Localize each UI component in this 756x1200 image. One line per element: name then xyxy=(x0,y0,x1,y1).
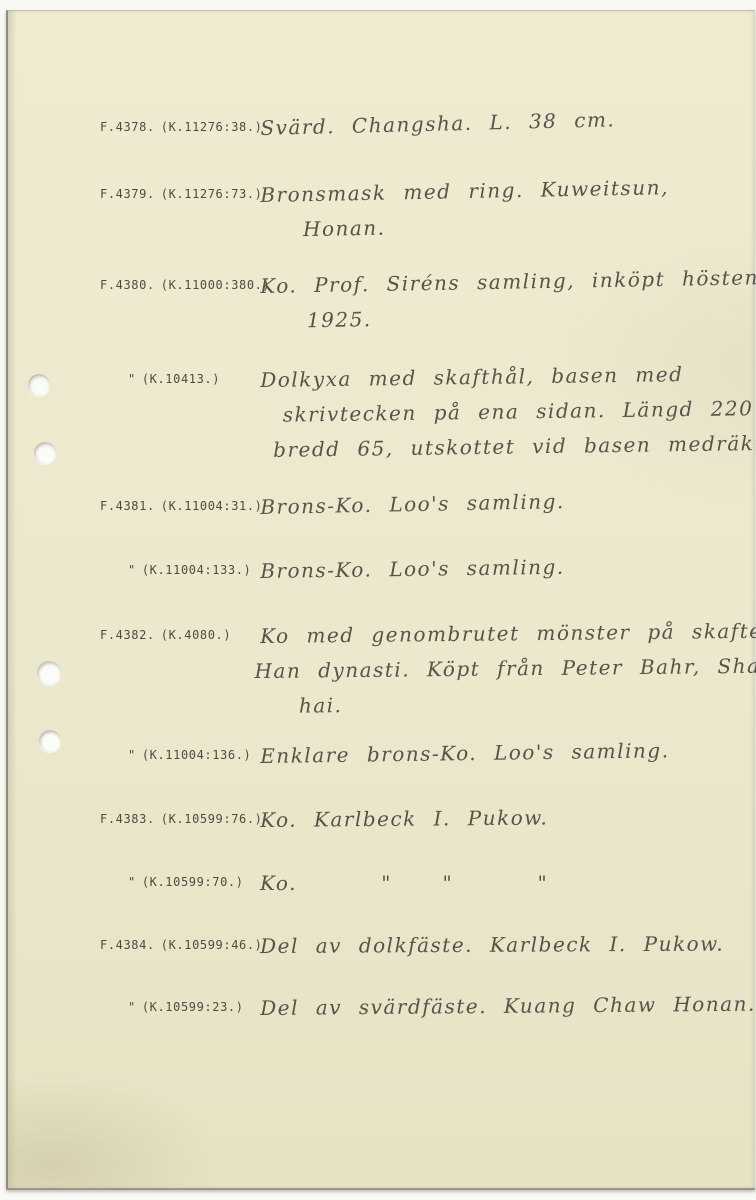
entry-text-line: Brons-Ko. Loo's samling. xyxy=(260,481,746,525)
entry-text-line: Honan. xyxy=(303,204,747,247)
entry-id-block: "(K.11004:136.) xyxy=(100,748,270,762)
punch-hole xyxy=(34,442,56,464)
entry-id: F.4378. xyxy=(100,120,155,134)
entry-text-line: hai. xyxy=(299,684,746,724)
entry-id-block: F.4379.(K.11276:73.) xyxy=(100,187,270,201)
entry-id-block: "(K.10599:70.) xyxy=(100,875,270,889)
entry-id-block: F.4382.(K.4080.) xyxy=(100,628,270,642)
entry-id-block: F.4378.(K.11276:38.) xyxy=(100,120,270,134)
entry-catalog-number: (K.10599:70.) xyxy=(142,875,244,889)
entry-id: F.4381. xyxy=(100,499,155,513)
entry-catalog-number: (K.11276:73.) xyxy=(161,187,263,201)
entry-id-block: "(K.11004:133.) xyxy=(100,563,270,577)
entry-catalog-number: (K.4080.) xyxy=(161,628,231,642)
entry-id-block: F.4381.(K.11004:31.) xyxy=(100,499,270,513)
entry-catalog-number: (K.11004:136.) xyxy=(142,748,252,762)
entry-catalog-number: (K.10599:46.) xyxy=(161,938,263,952)
entry-text-line: Han dynasti. Köpt från Peter Bahr, Shang… xyxy=(254,649,745,689)
entry-id-block: "(K.10599:23.) xyxy=(100,1000,270,1014)
entry-description: Ko. Prof. Siréns samling, inköpt hösten1… xyxy=(260,261,746,339)
punch-hole xyxy=(28,374,50,396)
entry-text-line: bredd 65, utskottet vid basen medräknat. xyxy=(273,426,746,468)
entry-description: Brons-Ko. Loo's samling. xyxy=(260,481,746,525)
entry-id: " xyxy=(128,748,136,762)
entry-description: Ko. Karlbeck I. Pukow. xyxy=(260,799,745,838)
entry-id: F.4383. xyxy=(100,812,155,826)
entry-description: Dolkyxa med skafthål, basen medskrivteck… xyxy=(260,356,746,468)
entry-id: " xyxy=(128,875,136,889)
entry-id-block: F.4380.(K.11000:380.) xyxy=(100,278,270,292)
punch-hole xyxy=(39,730,61,752)
entry-id: " xyxy=(128,1000,136,1014)
entry-catalog-number: (K.11004:31.) xyxy=(161,499,263,513)
entry-description: Ko med genombrutet mönster på skaftet.Ha… xyxy=(260,614,746,724)
entry-description: Svärd. Changsha. L. 38 cm. xyxy=(260,99,746,146)
entry-text-line: Ko. Karlbeck I. Pukow. xyxy=(260,799,745,838)
entry-description: Ko. " " " xyxy=(260,866,745,901)
entry-text-line: Enklare brons-Ko. Loo's samling. xyxy=(260,732,745,774)
entry-description: Del av svärdfäste. Kuang Chaw Honan. xyxy=(260,987,745,1026)
punch-hole xyxy=(37,661,61,685)
entry-description: Brons-Ko. Loo's samling. xyxy=(260,547,745,589)
entry-description: Bronsmask med ring. Kuweitsun,Honan. xyxy=(260,169,746,248)
entry-id: F.4379. xyxy=(100,187,155,201)
entry-catalog-number: (K.11000:380.) xyxy=(161,278,271,292)
entry-id-block: F.4384.(K.10599:46.) xyxy=(100,938,270,952)
entry-catalog-number: (K.10599:23.) xyxy=(142,1000,244,1014)
entry-description: Del av dolkfäste. Karlbeck I. Pukow. xyxy=(260,926,745,964)
entry-text-line: Ko med genombrutet mönster på skaftet. xyxy=(260,614,745,654)
entry-text-line: Del av dolkfäste. Karlbeck I. Pukow. xyxy=(260,926,745,964)
entry-description: Enklare brons-Ko. Loo's samling. xyxy=(260,732,745,774)
entry-catalog-number: (K.11004:133.) xyxy=(142,563,252,577)
entry-id: F.4382. xyxy=(100,628,155,642)
entry-text-line: Svärd. Changsha. L. 38 cm. xyxy=(260,99,746,146)
entry-text-line: Ko. " " " xyxy=(260,866,745,901)
catalog-page: F.4378.(K.11276:38.)Svärd. Changsha. L. … xyxy=(6,10,755,1190)
entry-id-block: "(K.10413.) xyxy=(100,372,270,386)
entry-id: " xyxy=(128,563,136,577)
entry-catalog-number: (K.11276:38.) xyxy=(161,120,263,134)
entry-text-line: Brons-Ko. Loo's samling. xyxy=(260,547,745,589)
entry-id: F.4380. xyxy=(100,278,155,292)
entry-id-block: F.4383.(K.10599:76.) xyxy=(100,812,270,826)
entry-id: " xyxy=(128,372,136,386)
entry-catalog-number: (K.10413.) xyxy=(142,372,220,386)
entry-catalog-number: (K.10599:76.) xyxy=(161,812,263,826)
entry-text-line: Del av svärdfäste. Kuang Chaw Honan. xyxy=(260,987,745,1026)
entry-id: F.4384. xyxy=(100,938,155,952)
